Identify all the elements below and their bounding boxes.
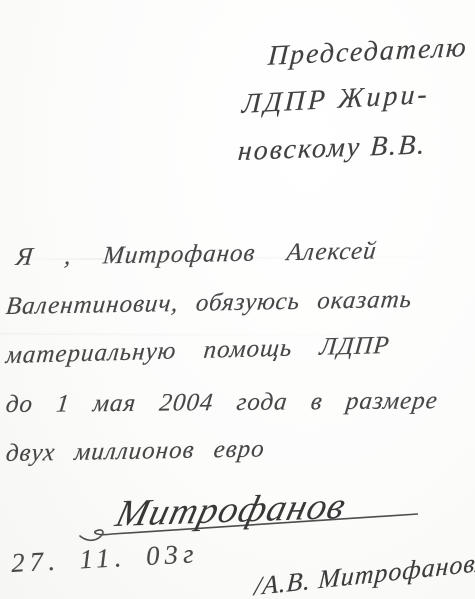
date-text: 27. 11. 03г xyxy=(10,538,199,579)
countersignature-text: /А.В. Митрофанов/ xyxy=(253,548,475,599)
body-text-block: Я , Митрофанов Алексей Валентинович, обя… xyxy=(6,233,474,478)
addressee-line-3: новскому В.В. xyxy=(236,120,474,175)
body-line-5: двух миллионов евро xyxy=(3,421,475,478)
document-page: Председателю ЛДПР Жири- новскому В.В. Я … xyxy=(0,0,475,599)
signature-text: Митрофанов xyxy=(111,484,351,536)
body-line-1: Я , Митрофанов Алексей xyxy=(3,225,475,282)
signature-block: Митрофанов xyxy=(88,482,413,544)
addressee-block: Председателю ЛДПР Жири- новскому В.В. xyxy=(238,34,473,175)
